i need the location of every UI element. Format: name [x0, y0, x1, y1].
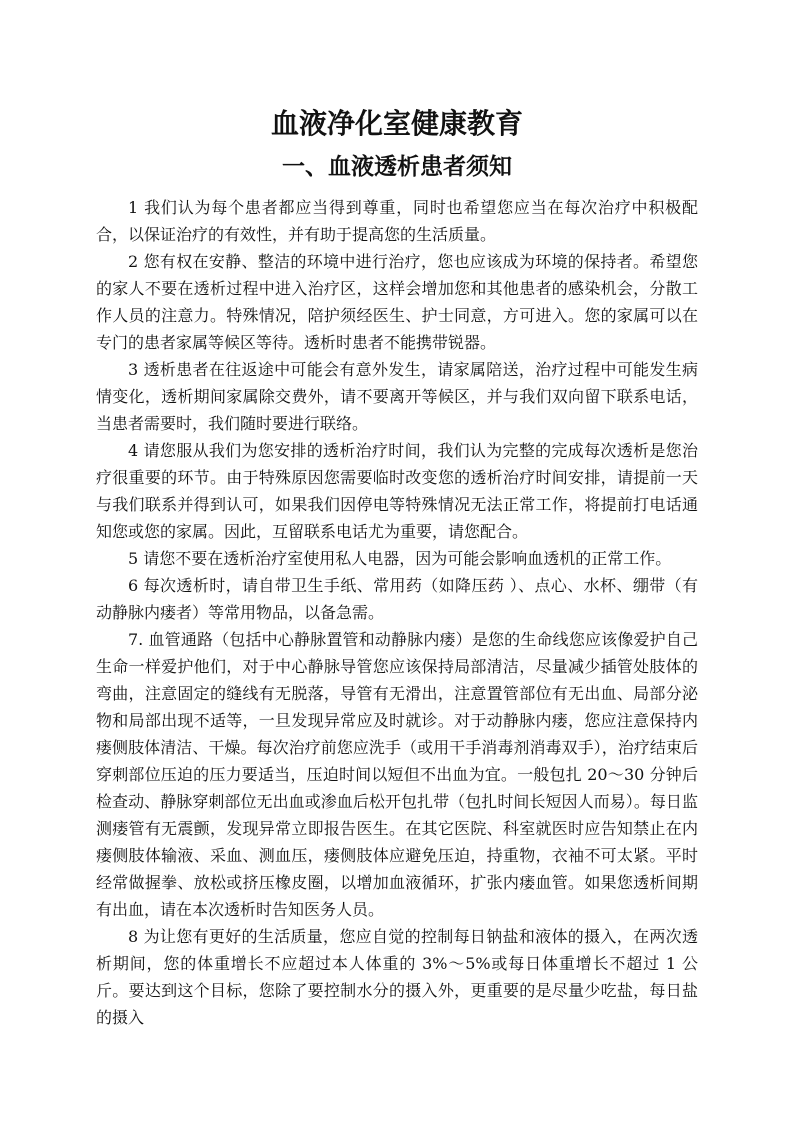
document-body: 1 我们认为每个患者都应当得到尊重，同时也希望您应当在每次治疗中积极配合，以保证… — [96, 194, 698, 1031]
paragraph: 7. 血管通路（包括中心静脉置管和动静脉内瘘）是您的生命线您应该像爱护自己生命一… — [96, 626, 698, 923]
document-title: 血液净化室健康教育 — [96, 106, 698, 142]
document-page: 血液净化室健康教育 一、血液透析患者须知 1 我们认为每个患者都应当得到尊重，同… — [0, 0, 794, 1123]
paragraph: 6 每次透析时，请自带卫生手纸、常用药（如降压药 ）、点心、水杯、绷带（有动静脉… — [96, 572, 698, 626]
paragraph: 1 我们认为每个患者都应当得到尊重，同时也希望您应当在每次治疗中积极配合，以保证… — [96, 194, 698, 248]
paragraph: 2 您有权在安静、整洁的环境中进行治疗，您也应该成为环境的保持者。希望您的家人不… — [96, 248, 698, 356]
section-heading: 一、血液透析患者须知 — [96, 152, 698, 182]
paragraph: 4 请您服从我们为您安排的透析治疗时间，我们认为完整的完成每次透析是您治疗很重要… — [96, 437, 698, 545]
paragraph: 8 为让您有更好的生活质量，您应自觉的控制每日钠盐和液体的摄入，在两次透析期间，… — [96, 923, 698, 1031]
paragraph: 3 透析患者在往返途中可能会有意外发生，请家属陪送，治疗过程中可能发生病情变化，… — [96, 356, 698, 437]
paragraph: 5 请您不要在透析治疗室使用私人电器，因为可能会影响血透机的正常工作。 — [96, 545, 698, 572]
